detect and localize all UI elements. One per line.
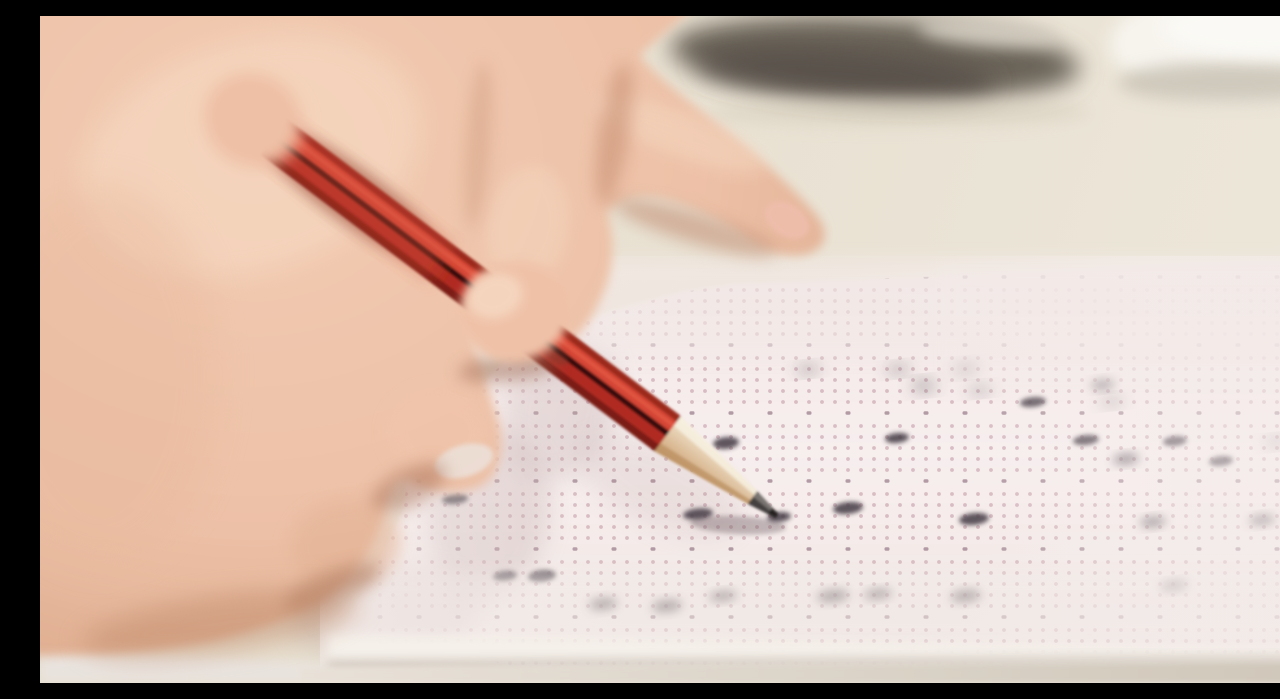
photo-canvas: [40, 16, 1280, 683]
photo: [40, 16, 1280, 683]
dark-object-cast-shadow: [710, 98, 1090, 126]
